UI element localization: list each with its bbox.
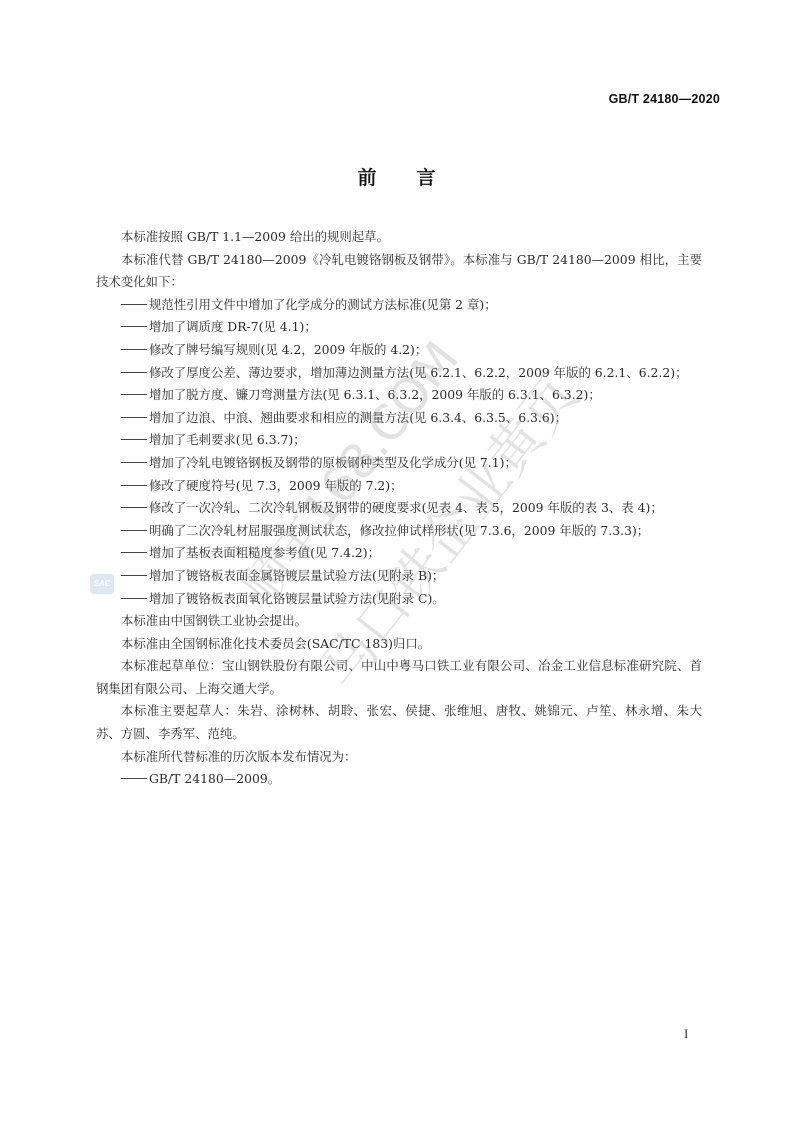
em-dash-marker (121, 349, 147, 350)
list-item: 增加了脱方度、镰刀弯测量方法(见 6.3.1、6.3.2，2009 年版的 6.… (96, 384, 702, 407)
em-dash-marker (121, 326, 147, 327)
list-item: 修改了硬度符号(见 7.3，2009 年版的 7.2)； (96, 475, 702, 498)
em-dash-marker (121, 598, 147, 599)
em-dash-marker (121, 372, 147, 373)
list-item: 增加了调质度 DR-7(见 4.1)； (96, 316, 702, 339)
list-item: 修改了一次冷轧、二次冷轧钢板及钢带的硬度要求(见表 4、表 5，2009 年版的… (96, 497, 702, 520)
em-dash-marker (121, 394, 147, 395)
em-dash-marker (121, 304, 147, 305)
paragraph-proposer: 本标准由中国钢铁工业协会提出。 (96, 610, 702, 633)
list-item: 增加了冷轧电镀铬钢板及钢带的原板钢种类型及化学成分(见 7.1)； (96, 452, 702, 475)
list-item: 修改了牌号编写规则(见 4.2，2009 年版的 4.2)； (96, 339, 702, 362)
em-dash-marker (121, 439, 147, 440)
paragraph-drafters: 本标准主要起草人：朱岩、涂树林、胡聆、张宏、侯捷、张维旭、唐牧、姚锦元、卢笙、林… (96, 700, 702, 745)
page-number: I (684, 1026, 688, 1042)
changes-list: 规范性引用文件中增加了化学成分的测试方法标准(见第 2 章)； 增加了调质度 D… (96, 294, 702, 610)
em-dash-marker (121, 485, 147, 486)
em-dash-marker (121, 778, 147, 779)
list-item: 明确了二次冷轧材屈服强度测试状态，修改拉伸试样形状(见 7.3.6，2009 年… (96, 520, 702, 543)
em-dash-marker (121, 552, 147, 553)
em-dash-marker (121, 507, 147, 508)
history-item: GB/T 24180—2009。 (96, 768, 702, 791)
list-item: 规范性引用文件中增加了化学成分的测试方法标准(见第 2 章)； (96, 294, 702, 317)
paragraph-committee: 本标准由全国钢标准化技术委员会(SAC/TC 183)归口。 (96, 633, 702, 656)
page-title: 前言 (0, 163, 793, 190)
paragraph-drafting-rules: 本标准按照 GB/T 1.1—2009 给出的规则起草。 (96, 226, 702, 249)
foreword-body: 本标准按照 GB/T 1.1—2009 给出的规则起草。 本标准代替 GB/T … (96, 226, 702, 791)
em-dash-marker (121, 417, 147, 418)
standard-code: GB/T 24180—2020 (609, 92, 720, 106)
paragraph-replaces: 本标准代替 GB/T 24180—2009《冷轧电镀铬钢板及钢带》。本标准与 G… (96, 249, 702, 294)
paragraph-drafting-units: 本标准起草单位：宝山钢铁股份有限公司、中山中粤马口铁工业有限公司、冶金工业信息标… (96, 655, 702, 700)
list-item: 增加了毛刺要求(见 6.3.7)； (96, 429, 702, 452)
list-item: 增加了镀铬板表面金属铬镀层量试验方法(见附录 B)； (96, 565, 702, 588)
em-dash-marker (121, 575, 147, 576)
em-dash-marker (121, 530, 147, 531)
paragraph-history-intro: 本标准所代替标准的历次版本发布情况为： (96, 746, 702, 769)
list-item: 增加了基板表面粗糙度参考值(见 7.4.2)； (96, 542, 702, 565)
list-item: 修改了厚度公差、薄边要求，增加薄边测量方法(见 6.2.1、6.2.2，2009… (96, 362, 702, 385)
list-item: 增加了边浪、中浪、翘曲要求和相应的测量方法(见 6.3.4、6.3.5、6.3.… (96, 407, 702, 430)
list-item: 增加了镀铬板表面氧化铬镀层量试验方法(见附录 C)。 (96, 588, 702, 611)
sac-logo-icon: SAC (90, 574, 114, 594)
em-dash-marker (121, 462, 147, 463)
